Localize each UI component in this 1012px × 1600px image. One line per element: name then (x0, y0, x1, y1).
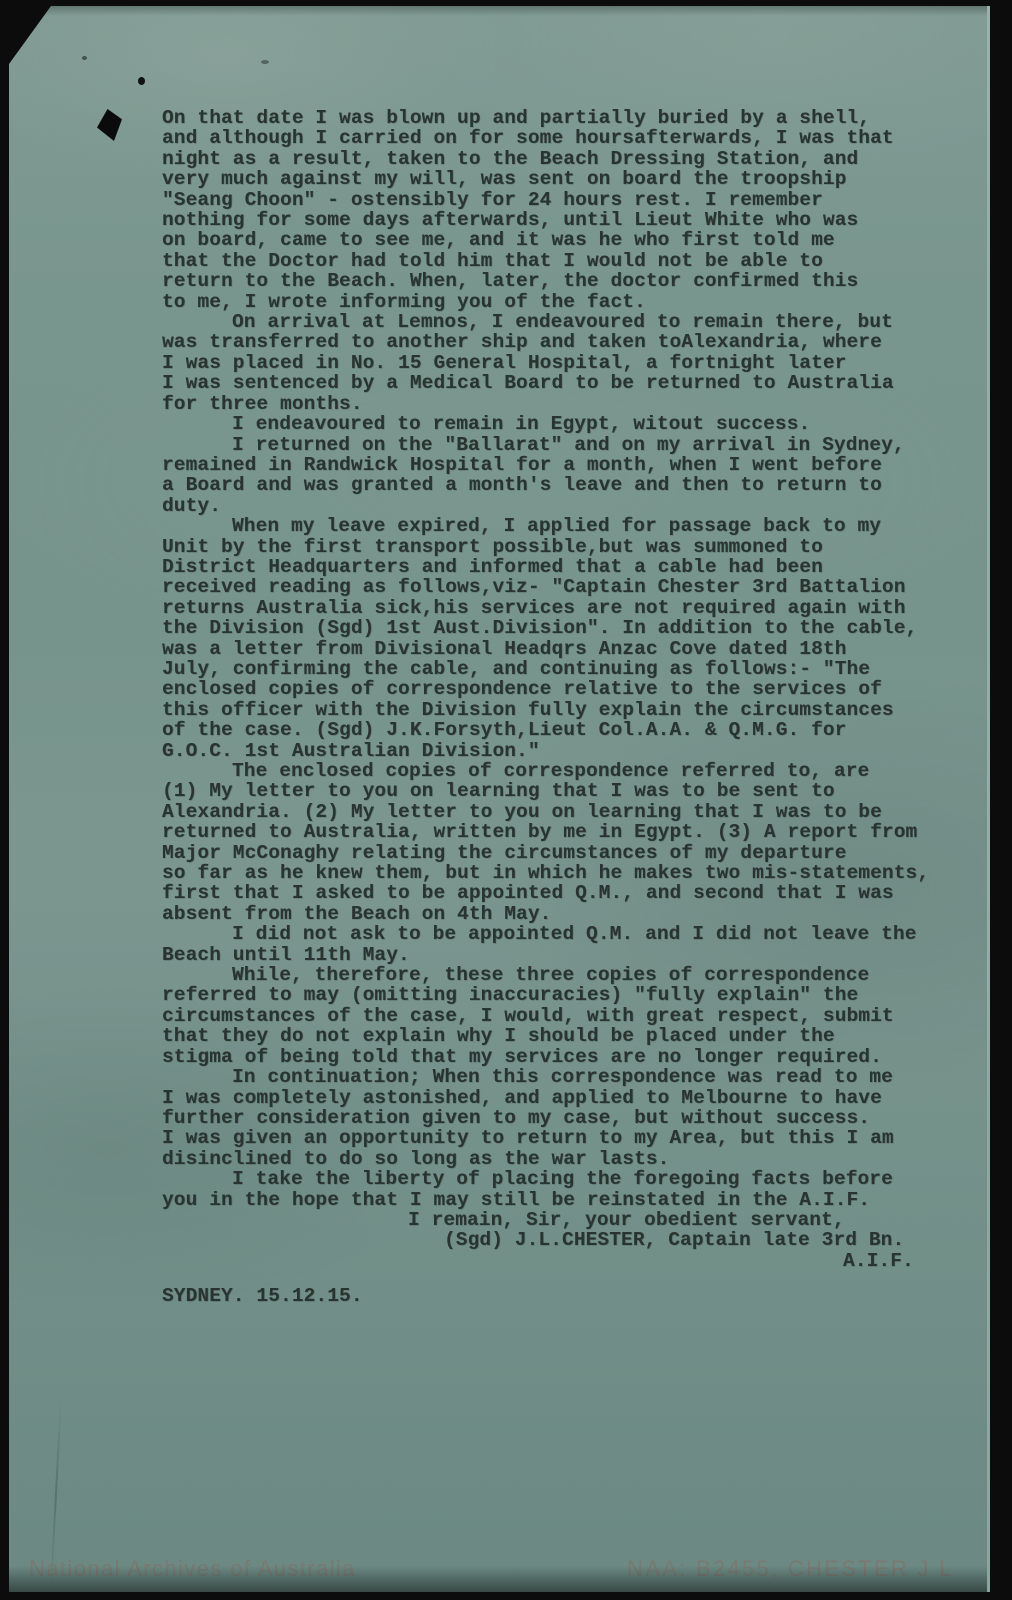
torn-hole (97, 109, 122, 141)
paragraph-4: I returned on the "Ballarat" and on my a… (162, 435, 990, 517)
paragraph-9: In continuation; When this correspondenc… (162, 1067, 990, 1169)
watermark-series-reference: NAA: B2455, CHESTER J L (627, 1556, 954, 1582)
watermark-archives-name: National Archives of Australia (29, 1556, 356, 1582)
letter-body: On that date I was blown up and partiall… (162, 108, 990, 1307)
paragraph-3: I endeavoured to remain in Egypt, witout… (162, 414, 990, 434)
closing-signature: (Sgd) J.L.CHESTER, Captain late 3rd Bn. (162, 1230, 990, 1250)
document-page: On that date I was blown up and partiall… (9, 6, 990, 1592)
pin-hole (138, 77, 145, 85)
closing-salutation: I remain, Sir, your obedient servant, (162, 1210, 990, 1230)
paper-speck (82, 56, 87, 60)
paragraph-10: I take the liberty of placing the forego… (162, 1169, 990, 1210)
paragraph-2: On arrival at Lemnos, I endeavoured to r… (162, 312, 990, 414)
paragraph-6: The enclosed copies of correspondence re… (162, 761, 990, 924)
paragraph-1: On that date I was blown up and partiall… (162, 108, 990, 312)
place-date-line: SYDNEY. 15.12.15. (162, 1286, 990, 1306)
paragraph-7: I did not ask to be appointed Q.M. and I… (162, 924, 990, 965)
closing-unit: A.I.F. (162, 1251, 990, 1271)
paragraph-8: While, therefore, these three copies of … (162, 965, 990, 1067)
scan-background: On that date I was blown up and partiall… (0, 0, 1012, 1600)
paragraph-5: When my leave expired, I applied for pas… (162, 516, 990, 761)
paper-speck (261, 60, 269, 64)
